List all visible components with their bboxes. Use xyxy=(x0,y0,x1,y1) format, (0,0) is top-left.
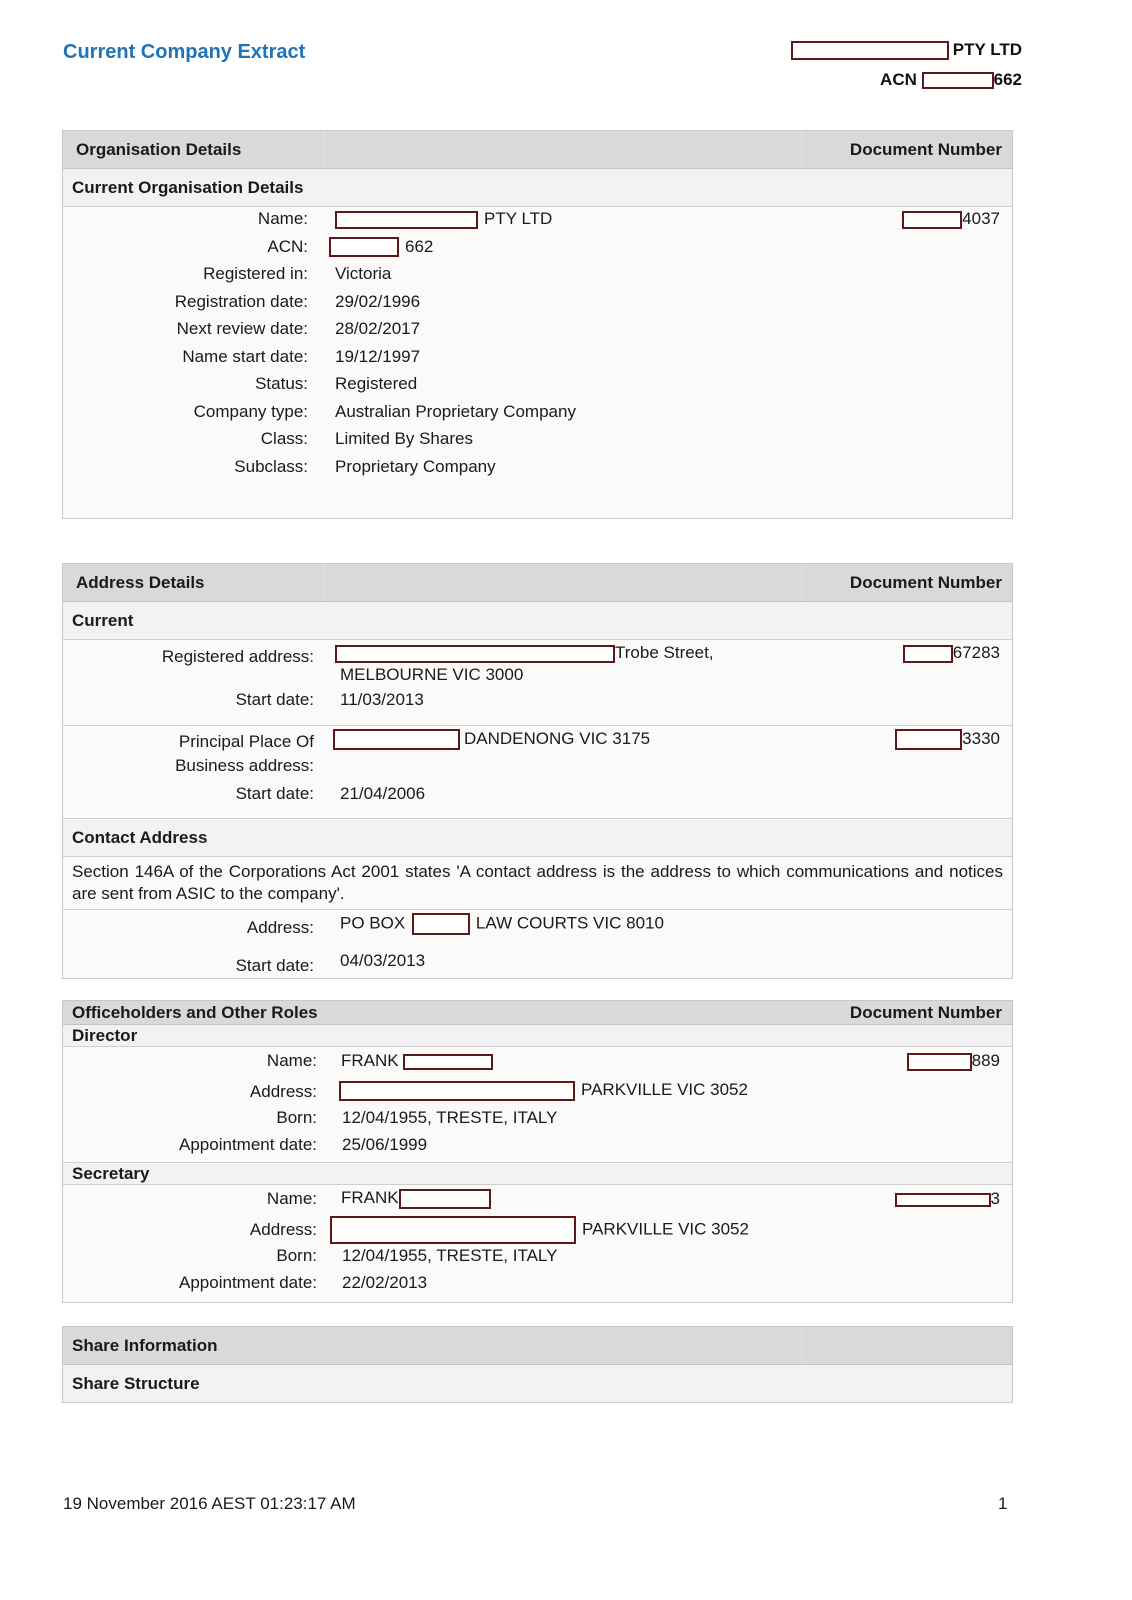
document-number-heading: Document Number xyxy=(850,140,1002,160)
field-label: Name: xyxy=(267,1051,317,1071)
section-header: Officeholders and Other Roles Document N… xyxy=(63,1001,1012,1025)
redaction-box xyxy=(902,211,962,229)
redaction-box xyxy=(791,41,949,60)
redaction-box xyxy=(333,729,460,750)
field-registration-date: Registration date:29/02/1996 xyxy=(63,290,1012,318)
field-value: MELBOURNE VIC 3000 xyxy=(340,665,523,685)
section-title: Share Information xyxy=(72,1336,217,1356)
field-label: Business address: xyxy=(175,756,314,776)
field-label: Name: xyxy=(267,1189,317,1209)
acn-tail: 662 xyxy=(994,70,1022,89)
subsection-header: Current xyxy=(63,602,1012,640)
field-value: 25/06/1999 xyxy=(342,1135,427,1155)
field-class: Class:Limited By Shares xyxy=(63,427,1012,455)
field-value: Limited By Shares xyxy=(335,429,473,449)
redaction-box xyxy=(330,1216,576,1244)
director-block: Name: FRANK 889 Address: PARKVILLE VIC 3… xyxy=(63,1047,1012,1163)
subsection-header: Current Organisation Details xyxy=(63,169,1012,207)
acn-label: ACN xyxy=(880,70,917,89)
field-value: 19/12/1997 xyxy=(335,347,420,367)
field-value: 21/04/2006 xyxy=(340,784,425,804)
field-name: Name: PTY LTD 4037 xyxy=(63,207,1012,235)
field-value: 662 xyxy=(329,237,433,258)
field-value: PTY LTD xyxy=(335,209,552,229)
subsection-header: Contact Address xyxy=(63,819,1012,857)
field-label: Next review date: xyxy=(177,319,308,339)
document-number: 3330 xyxy=(895,729,1000,750)
role-header-secretary: Secretary xyxy=(63,1163,1012,1185)
field-value: DANDENONG VIC 3175 xyxy=(333,729,650,750)
document-number: 3 xyxy=(895,1189,1000,1209)
field-value: PO BOX LAW COURTS VIC 8010 xyxy=(340,913,664,935)
redaction-box xyxy=(903,645,953,663)
field-value: Registered xyxy=(335,374,417,394)
field-label: Name: xyxy=(258,209,308,229)
field-subclass: Subclass:Proprietary Company xyxy=(63,455,1012,483)
field-label: Start date: xyxy=(236,690,314,710)
redaction-box xyxy=(412,913,470,935)
field-value: Proprietary Company xyxy=(335,457,496,477)
field-value: Australian Proprietary Company xyxy=(335,402,576,422)
field-label: Registered in: xyxy=(203,264,308,284)
field-label: Name start date: xyxy=(182,347,308,367)
field-label: Status: xyxy=(255,374,308,394)
contact-address-note: Section 146A of the Corporations Act 200… xyxy=(63,857,1012,910)
principal-address-block: Principal Place Of DANDENONG VIC 3175 33… xyxy=(63,726,1012,819)
field-label: Address: xyxy=(247,918,314,938)
field-acn: ACN: 662 xyxy=(63,235,1012,263)
field-company-type: Company type:Australian Proprietary Comp… xyxy=(63,400,1012,428)
address-details-panel: Address Details Document Number Current … xyxy=(62,563,1013,979)
section-title: Officeholders and Other Roles xyxy=(72,1003,318,1023)
redaction-box xyxy=(895,729,962,750)
redaction-box xyxy=(399,1189,491,1209)
company-name-header: PTY LTD xyxy=(791,40,1022,60)
document-number: 4037 xyxy=(902,209,1000,229)
document-number: 889 xyxy=(907,1051,1000,1071)
field-label: Class: xyxy=(261,429,308,449)
field-label: Subclass: xyxy=(234,457,308,477)
redaction-box xyxy=(335,645,615,663)
redaction-box xyxy=(922,72,994,89)
section-header: Share Information xyxy=(63,1327,1012,1365)
redaction-box xyxy=(335,211,478,229)
document-number-heading: Document Number xyxy=(850,573,1002,593)
registered-address-block: Registered address: Trobe Street, 67283 … xyxy=(63,640,1012,726)
officeholders-panel: Officeholders and Other Roles Document N… xyxy=(62,1000,1013,1303)
field-value: 04/03/2013 xyxy=(340,951,425,971)
page-number: 1 xyxy=(998,1494,1007,1514)
field-value: 12/04/1955, TRESTE, ITALY xyxy=(342,1246,557,1266)
field-value: PARKVILLE VIC 3052 xyxy=(330,1216,749,1244)
field-label: Born: xyxy=(276,1108,317,1128)
redaction-box xyxy=(329,237,399,257)
field-label: ACN: xyxy=(267,237,308,257)
field-value: PARKVILLE VIC 3052 xyxy=(339,1080,748,1101)
field-value: FRANK xyxy=(341,1051,493,1071)
subsection-header: Share Structure xyxy=(63,1365,1012,1403)
role-header-director: Director xyxy=(63,1025,1012,1047)
footer-timestamp: 19 November 2016 AEST 01:23:17 AM xyxy=(63,1494,356,1514)
field-label: Appointment date: xyxy=(179,1135,317,1155)
page-title: Current Company Extract xyxy=(63,41,305,64)
field-label: Born: xyxy=(276,1246,317,1266)
field-name-start-date: Name start date:19/12/1997 xyxy=(63,345,1012,373)
field-registered-in: Registered in:Victoria xyxy=(63,262,1012,290)
field-label: Company type: xyxy=(194,402,308,422)
redaction-box xyxy=(907,1053,972,1071)
acn-header: ACN 662 xyxy=(880,70,1022,90)
section-title: Organisation Details xyxy=(76,140,241,160)
field-next-review-date: Next review date:28/02/2017 xyxy=(63,317,1012,345)
field-value: 11/03/2013 xyxy=(340,690,424,710)
organisation-details-panel: Organisation Details Document Number Cur… xyxy=(62,130,1013,519)
field-value: Trobe Street, xyxy=(335,643,714,663)
share-information-panel: Share Information Share Structure xyxy=(62,1326,1013,1403)
field-label: Appointment date: xyxy=(179,1273,317,1293)
field-label: Address: xyxy=(250,1082,317,1102)
company-suffix: PTY LTD xyxy=(953,40,1022,59)
field-label: Start date: xyxy=(236,956,314,976)
secretary-block: Name: FRANK 3 Address: PARKVILLE VIC 305… xyxy=(63,1185,1012,1300)
field-label: Registration date: xyxy=(175,292,308,312)
field-label: Start date: xyxy=(236,784,314,804)
redaction-box xyxy=(339,1081,575,1101)
section-title: Address Details xyxy=(76,573,205,593)
field-status: Status:Registered xyxy=(63,372,1012,400)
field-label: Principal Place Of xyxy=(179,732,314,752)
field-value: 22/02/2013 xyxy=(342,1273,427,1293)
field-value: 29/02/1996 xyxy=(335,292,420,312)
contact-address-block: Address: PO BOX LAW COURTS VIC 8010 Star… xyxy=(63,910,1012,982)
section-header: Address Details Document Number xyxy=(63,564,1012,602)
redaction-box xyxy=(895,1193,991,1207)
field-value: 28/02/2017 xyxy=(335,319,420,339)
field-label: Address: xyxy=(250,1220,317,1240)
section-header: Organisation Details Document Number xyxy=(63,131,1012,169)
redaction-box xyxy=(403,1054,493,1070)
field-value: 12/04/1955, TRESTE, ITALY xyxy=(342,1108,557,1128)
document-number: 67283 xyxy=(903,643,1000,663)
field-value: Victoria xyxy=(335,264,391,284)
document-number-heading: Document Number xyxy=(850,1003,1002,1023)
field-value: FRANK xyxy=(341,1188,491,1209)
